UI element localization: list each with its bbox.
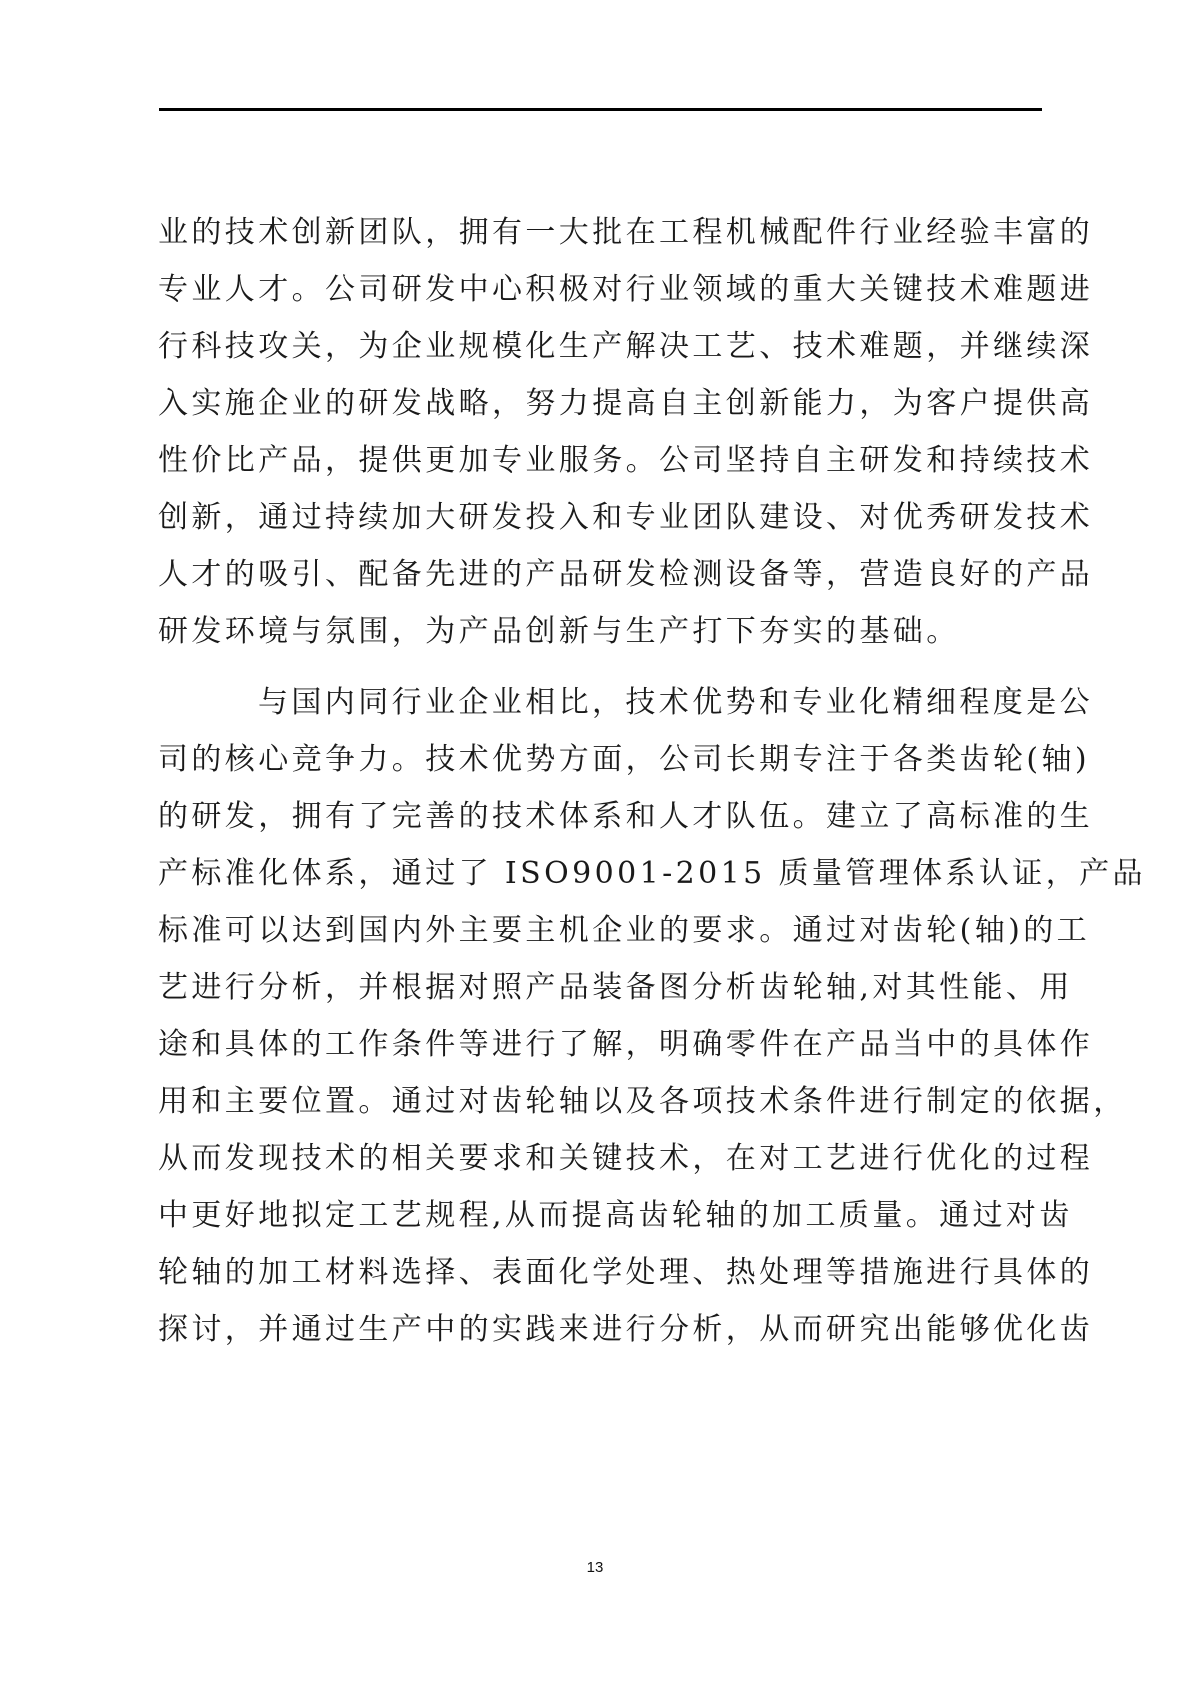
paragraph-2: 与国内同行业企业相比，技术优势和专业化精细程度是公 司的核心竞争力。技术优势方面… (158, 682, 1048, 1366)
text-line: 业的技术创新团队，拥有一大批在工程机械配件行业经验丰富的 (158, 212, 1048, 269)
text-line: 司的核心竞争力。技术优势方面，公司长期专注于各类齿轮(轴) (158, 739, 1048, 796)
page-number: 13 (0, 1559, 1190, 1576)
text-line: 艺进行分析，并根据对照产品装备图分析齿轮轴,对其性能、用 (158, 967, 1048, 1024)
text-line: 专业人才。公司研发中心积极对行业领域的重大关键技术难题进 (158, 269, 1048, 326)
text-line: 轮轴的加工材料选择、表面化学处理、热处理等措施进行具体的 (158, 1252, 1048, 1309)
header-rule (159, 108, 1042, 111)
text-line: 标准可以达到国内外主要主机企业的要求。通过对齿轮(轴)的工 (158, 910, 1048, 967)
text-line-indented: 与国内同行业企业相比，技术优势和专业化精细程度是公 (158, 682, 1048, 739)
text-line: 用和主要位置。通过对齿轮轴以及各项技术条件进行制定的依据， (158, 1081, 1048, 1138)
text-line: 从而发现技术的相关要求和关键技术，在对工艺进行优化的过程 (158, 1138, 1048, 1195)
text-line: 创新，通过持续加大研发投入和专业团队建设、对优秀研发技术 (158, 497, 1048, 554)
text-line: 人才的吸引、配备先进的产品研发检测设备等，营造良好的产品 (158, 554, 1048, 611)
text-line: 研发环境与氛围，为产品创新与生产打下夯实的基础。 (158, 611, 1048, 668)
text-line: 行科技攻关，为企业规模化生产解决工艺、技术难题，并继续深 (158, 326, 1048, 383)
text-line: 的研发，拥有了完善的技术体系和人才队伍。建立了高标准的生 (158, 796, 1048, 853)
text-line: 产标准化体系，通过了 ISO9001-2015 质量管理体系认证，产品 (158, 853, 1048, 910)
text-line: 入实施企业的研发战略，努力提高自主创新能力，为客户提供高 (158, 383, 1048, 440)
text-line: 中更好地拟定工艺规程,从而提高齿轮轴的加工质量。通过对齿 (158, 1195, 1048, 1252)
paragraph-1: 业的技术创新团队，拥有一大批在工程机械配件行业经验丰富的 专业人才。公司研发中心… (158, 212, 1048, 668)
text-line: 探讨，并通过生产中的实践来进行分析，从而研究出能够优化齿 (158, 1309, 1048, 1366)
text-line: 性价比产品，提供更加专业服务。公司坚持自主研发和持续技术 (158, 440, 1048, 497)
text-line: 途和具体的工作条件等进行了解，明确零件在产品当中的具体作 (158, 1024, 1048, 1081)
document-body: 业的技术创新团队，拥有一大批在工程机械配件行业经验丰富的 专业人才。公司研发中心… (158, 212, 1048, 1380)
